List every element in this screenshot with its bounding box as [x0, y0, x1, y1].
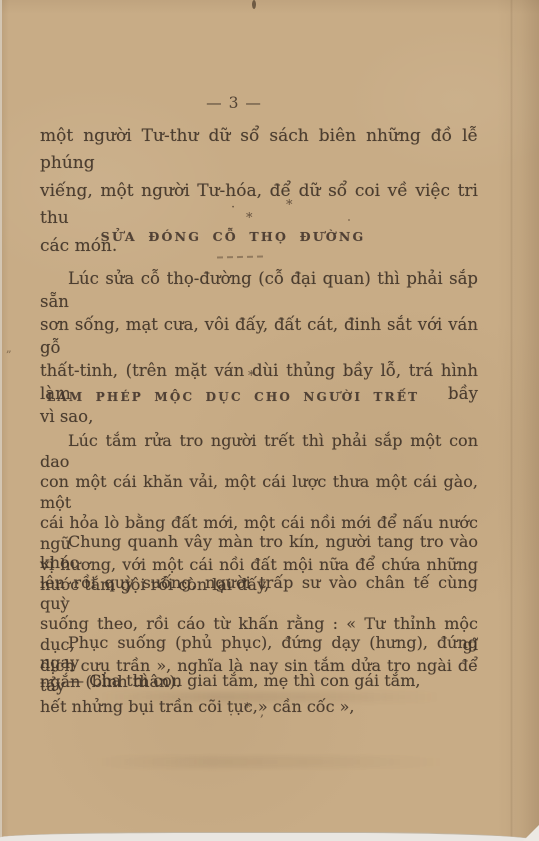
text-line: Chung quanh vây màn tro kín, người tang … [40, 532, 478, 573]
asterism-asterisk: * [248, 372, 255, 382]
asterism-asterisk: * [246, 214, 253, 224]
scanned-book-page: „ — 3 — một người Tư-thư dữ sổ sách biên… [0, 0, 539, 841]
asterism-dot: · [273, 361, 277, 371]
asterism-asterisk: * [286, 201, 293, 211]
page-corner-fold [523, 825, 539, 841]
text-line: — Cha thì con giai tắm, mẹ thì con gái t… [40, 671, 478, 691]
section-heading-1: SỬA ĐÓNG CỖ THỌ ĐƯỜNG [14, 229, 452, 244]
text-line: Lúc tắm rửa tro người trết thì phải sắp … [40, 431, 478, 472]
text-line: Lúc sửa cỗ thọ-đường (cỗ đại quan) thì p… [40, 267, 478, 313]
asterism-asterisk: * [244, 704, 251, 714]
text-line: con một cái khăn vải, một cái lược thưa … [40, 472, 478, 513]
text-line: lên rồi quỳ suống, người trấp sư vào châ… [40, 573, 478, 614]
page-left-edge [0, 0, 2, 841]
section-heading-2: LÀM PHÉP MỘC DỤC CHO NGƯỜI TRẾT [14, 390, 452, 404]
text-line: một người Tư-thư dữ sổ sách biên những đ… [40, 123, 478, 178]
page-right-crease [510, 0, 513, 841]
text-line: viếng, một người Tư-hóa, để dữ sổ coi về… [40, 178, 478, 233]
text-line: Phục suống (phủ phục), đứng dạy (hưng), … [40, 633, 478, 672]
section2-paragraph-4: — Cha thì con giai tắm, mẹ thì con gái t… [40, 671, 478, 691]
text-line: sơn sống, mạt cưa, vôi đấy, đất cát, đin… [40, 313, 478, 359]
asterism-dot: · [230, 364, 234, 374]
asterism-dot: · [229, 711, 233, 721]
margin-mark: „ [6, 342, 12, 355]
page-number: — 3 — [15, 94, 453, 112]
asterism-comma: , [260, 708, 264, 718]
bleed-through-smudge [90, 756, 450, 768]
text-line: vì sao, [40, 405, 478, 428]
scanner-bottom-edge [0, 832, 539, 841]
asterism-dot: · [231, 203, 235, 213]
ink-speck [252, 0, 256, 9]
text-line: hết nhửng bụi trần cõi tục,» cần cốc », [40, 697, 478, 718]
